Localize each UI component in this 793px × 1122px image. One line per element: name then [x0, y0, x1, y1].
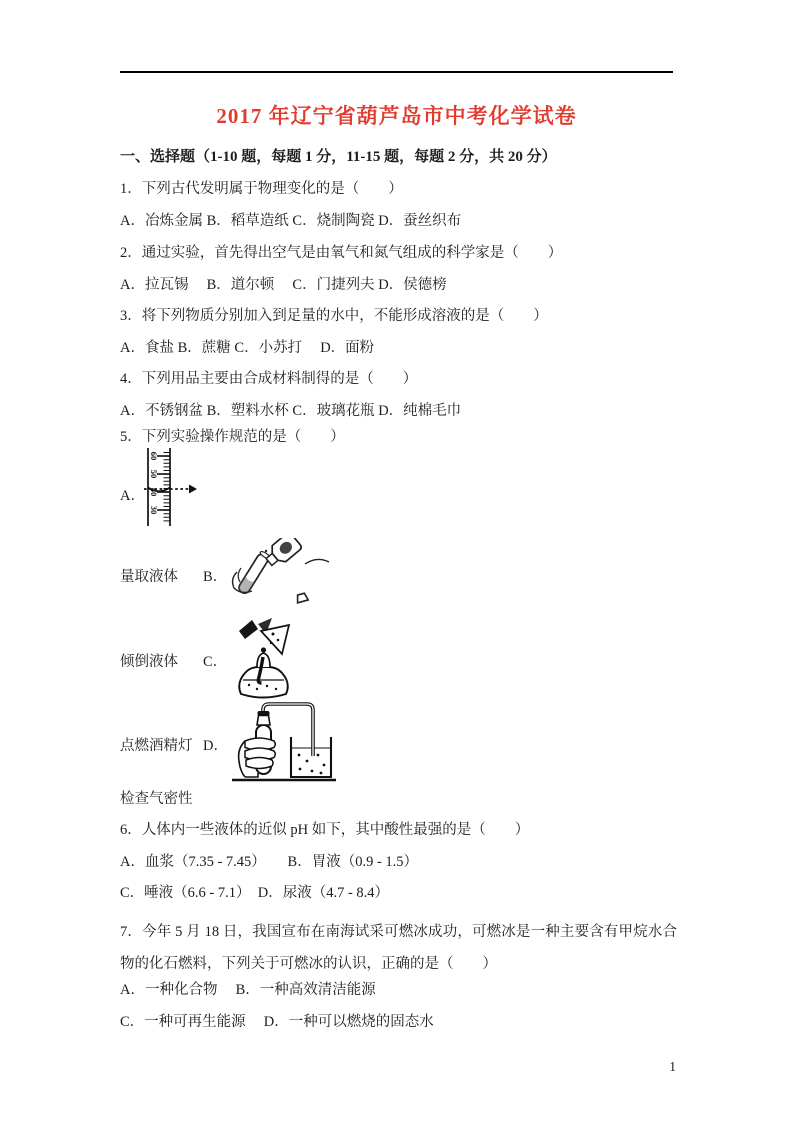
lighting-alcohol-lamp-icon: [231, 617, 297, 701]
scale-label-30: 30: [149, 506, 159, 515]
question-1-text: 1．下列古代发明属于物理变化的是（ ）: [120, 179, 677, 199]
cloth-sketch: [239, 620, 258, 639]
q5-option-c-label: C．: [203, 650, 227, 671]
q5-caption-pouring-liquid: 倾倒液体: [120, 650, 178, 671]
rubber-stopper: [257, 716, 270, 726]
measuring-cylinder-figure: 60 50 40 30: [144, 448, 198, 527]
q5-caption-lighting-lamp: 点燃酒精灯: [120, 734, 193, 755]
question-4-options: A．不锈钢盆 B．塑料水杯 C．玻璃花瓶 D．纯棉毛巾: [120, 401, 677, 421]
question-7-options-1: A．一种化合物 B．一种高效清洁能源: [120, 980, 677, 1000]
q5-caption-gas-tightness: 检查气密性: [120, 789, 677, 809]
scale-label-60: 60: [149, 452, 159, 461]
section-heading: 一、选择题（1-10 题，每题 1 分，11-15 题，每题 2 分，共 20 …: [120, 147, 677, 167]
q5-option-d-label: D．: [203, 734, 228, 755]
question-6-text: 6．人体内一些液体的近似 pH 如下，其中酸性最强的是（ ）: [120, 820, 677, 840]
question-3-options: A．食盐 B．蔗糖 C．小苏打 D．面粉: [120, 338, 677, 358]
exam-page: 2017 年辽宁省葫芦岛市中考化学试卷 一、选择题（1-10 题，每题 1 分，…: [0, 0, 793, 1122]
gas-tightness-figure: [228, 699, 340, 784]
cap-knob: [261, 647, 266, 652]
arrow-icon: [189, 485, 197, 494]
alcohol-lamp: [239, 647, 288, 697]
scale-label-50: 50: [149, 470, 159, 479]
arm-sketch: [305, 559, 329, 564]
gas-tightness-icon: [228, 699, 340, 784]
page-title: 2017 年辽宁省葫芦岛市中考化学试卷: [0, 100, 793, 130]
q5-caption-measuring-liquid: 量取液体: [120, 565, 178, 586]
question-1-options: A．冶炼金属 B．稻草造纸 C．烧制陶瓷 D．蚕丝织布: [120, 211, 677, 231]
question-2-options: A．拉瓦锡 B．道尔顿 C．门捷列夫 D．侯德榜: [120, 275, 677, 295]
header-rule: [120, 71, 673, 73]
question-5-text: 5．下列实验操作规范的是（ ）: [120, 427, 677, 447]
measuring-cylinder-icon: 60 50 40 30: [144, 448, 198, 527]
question-7-options-2: C．一种可再生能源 D．一种可以燃烧的固态水: [120, 1012, 677, 1032]
question-2-text: 2．通过实验，首先得出空气是由氧气和氮气组成的科学家是（ ）: [120, 243, 677, 263]
question-6-options-1: A．血浆（7.35 - 7.45） B．胃液（0.9 - 1.5）: [120, 852, 677, 872]
pouring-liquid-figure: [221, 538, 331, 614]
pouring-liquid-icon: [221, 538, 331, 614]
page-number: 1: [600, 1059, 676, 1075]
stopper: [296, 593, 309, 603]
test-tube: [237, 550, 271, 595]
question-3-text: 3．将下列物质分别加入到足量的水中，不能形成溶液的是（ ）: [120, 306, 677, 326]
question-4-text: 4．下列用品主要由合成材料制得的是（ ）: [120, 369, 677, 389]
question-6-options-2: C．唾液（6.6 - 7.1） D．尿液（4.7 - 8.4）: [120, 883, 677, 903]
question-7-text: 7．今年 5 月 18 日，我国宣布在南海试采可燃冰成功，可燃冰是一种主要含有甲…: [120, 916, 677, 980]
lighting-alcohol-lamp-figure: [231, 617, 297, 701]
q5-option-a-label: A．: [120, 484, 145, 505]
